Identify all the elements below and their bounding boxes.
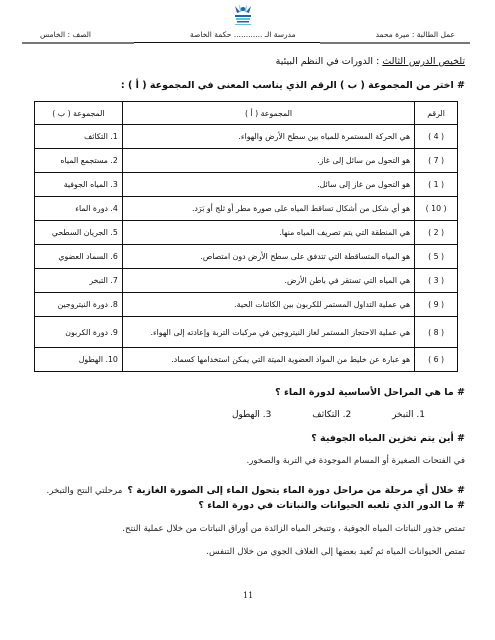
term-cell: 1. التكاثف [35,125,123,149]
answer-groundwater-storage: في الفتحات الصغيرة أو المسام الموجودة في… [247,456,465,466]
table-row: ( 4 ) هي الحركة المستمرة للمياه بين سطح … [35,125,458,149]
lesson-title-separator: : [373,56,382,67]
definition-cell: هو المياه المتساقطة التي تتدفق على سطح ا… [122,245,414,269]
table-row: ( 2 ) هي المنطقة التي يتم تصريف المياه م… [35,221,458,245]
question-groundwater-storage: # أين يتم تخزين المياه الجوفية ؟ [311,433,465,444]
answer-number: ( 1 ) [415,173,458,197]
term-cell: 2. مستجمع المياه [35,149,123,173]
term-cell: 8. دورة النيتروجين [35,293,123,317]
definition-cell: هو عبارة عن خليط من المواد العضوية الميت… [122,348,414,372]
header-group-a: المجموعة ( أ ) [122,102,414,125]
school-name-label: مدرسة الـ ............ حكمة الخاصة [190,30,296,39]
stage-item: 2. التكاثف [312,410,351,420]
header-rule-center [134,42,320,43]
table-row: ( 6 ) هو عبارة عن خليط من المواد العضوية… [35,348,458,372]
page-number: 11 [243,591,253,600]
lesson-title-topic: الدورات في النظم البيئية [276,56,373,67]
question-gas-phase: # خلال أي مرحلة من مراحل دورة الماء يتحو… [127,485,465,496]
answer-number: ( 10 ) [415,197,458,221]
lesson-title-prefix: تلخيص الدرس الثالث [382,56,465,67]
header-rule-right [320,42,470,44]
term-cell: 10. الهطول [35,348,123,372]
answer-animals-role: تمتص الحيوانات المياه ثم تُعيد بعضها إلى… [206,547,465,557]
definition-cell: هي المياه التي تستقر في باطن الأرض. [122,269,414,293]
table-row: ( 10 ) هو أي شكل من أشكال تساقط المياه ع… [35,197,458,221]
table-row: ( 9 ) هي عملية التداول المستمر للكربون ب… [35,293,458,317]
definition-cell: هي عملية التداول المستمر للكربون بين الك… [122,293,414,317]
table-header-row: الرقم المجموعة ( أ ) المجموعة ( ب ) [35,102,458,125]
definition-cell: هي عملية الاحتجاز المستمر لغاز النيتروجي… [122,317,414,348]
definition-cell: هي الحركة المستمرة للمياه بين سطح الأرض … [122,125,414,149]
answer-number: ( 9 ) [415,293,458,317]
table-row: ( 1 ) هو التحول من غاز إلى سائل. 3. المي… [35,173,458,197]
answer-gas-phase: مرحلتي النتح والتبخر. [46,486,122,496]
stage-item: 1. التبخر [392,410,425,420]
table-row: ( 8 ) هي عملية الاحتجاز المستمر لغاز الن… [35,317,458,348]
definition-cell: هو التحول من سائل إلى غاز. [122,149,414,173]
answer-number: ( 2 ) [415,221,458,245]
student-name-label: عمل الطالبة : ميرة محمد [376,30,455,39]
definition-cell: هو التحول من غاز إلى سائل. [122,173,414,197]
term-cell: 3. المياه الجوفية [35,173,123,197]
header-number: الرقم [415,102,458,125]
water-cycle-stages-list: 1. التبخر 2. التكاثف 3. الهطول [194,410,425,420]
question-gas-phase-row: # خلال أي مرحلة من مراحل دورة الماء يتحو… [46,478,465,497]
answer-number: ( 6 ) [415,348,458,372]
table-row: ( 7 ) هو التحول من سائل إلى غاز. 2. مستج… [35,149,458,173]
term-cell: 5. الجريان السطحي [35,221,123,245]
grade-label: الصف : الخامس [40,30,91,39]
answer-number: ( 8 ) [415,317,458,348]
answer-number: ( 5 ) [415,245,458,269]
answer-number: ( 4 ) [415,125,458,149]
table-row: ( 3 ) هي المياه التي تستقر في باطن الأرض… [35,269,458,293]
definition-cell: هي المنطقة التي يتم تصريف المياه منها. [122,221,414,245]
answer-plants-role: تمتص جذور النباتات المياه الجوفية ، وتتب… [122,524,465,534]
question-water-cycle-stages: # ما هي المراحل الأساسية لدورة الماء ؟ [275,387,465,398]
school-logo-icon [229,3,257,29]
table-row: ( 5 ) هو المياه المتساقطة التي تتدفق على… [35,245,458,269]
term-cell: 6. السماد العضوي [35,245,123,269]
term-cell: 4. دورة الماء [35,197,123,221]
definition-cell: هو أي شكل من أشكال تساقط المياه على صورة… [122,197,414,221]
answer-number: ( 7 ) [415,149,458,173]
stage-item: 3. الهطول [232,410,271,420]
header-rule-left [22,42,134,44]
lesson-title: تلخيص الدرس الثالث : الدورات في النظم ال… [276,56,465,67]
term-cell: 9. دورة الكربون [35,317,123,348]
question-plants-animals-role: # ما الدور الذي تلعبه الحيوانات والنباتا… [198,500,465,511]
term-cell: 7. التبخر [35,269,123,293]
matching-table: الرقم المجموعة ( أ ) المجموعة ( ب ) ( 4 … [34,101,458,372]
answer-number: ( 3 ) [415,269,458,293]
matching-instruction: # اختر من المجموعة ( ب ) الرقم الذي يناس… [121,80,465,91]
header-group-b: المجموعة ( ب ) [35,102,123,125]
